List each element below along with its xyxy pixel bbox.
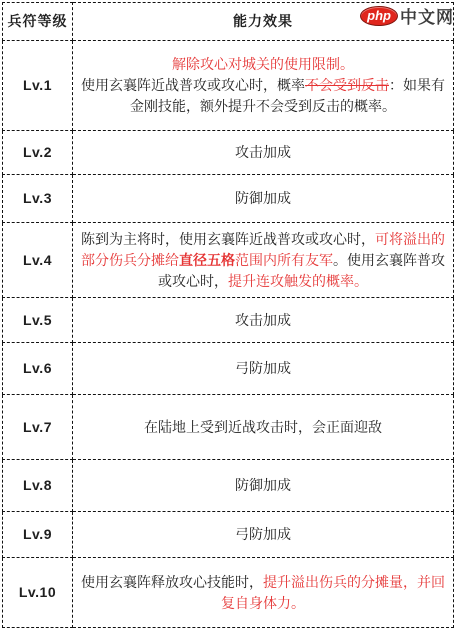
effect-text: 防御加成: [73, 460, 454, 512]
level-label: Lv.7: [3, 395, 73, 460]
effect-text: 防御加成: [73, 175, 454, 223]
effect-text: 弓防加成: [73, 512, 454, 558]
table-row: Lv.2 攻击加成: [3, 131, 454, 175]
effect-text: 在陆地上受到近战攻击时，会正面迎敌: [73, 395, 454, 460]
effect-text: 陈到为主将时，使用玄襄阵近战普攻或攻心时，可将溢出的部分伤兵分摊给直径五格范围内…: [73, 223, 454, 298]
effect-text: 解除攻心对城关的使用限制。 使用玄襄阵近战普攻或攻心时，概率不会受到反击：如果有…: [73, 41, 454, 131]
table-row: Lv.9 弓防加成: [3, 512, 454, 558]
level-label: Lv.1: [3, 41, 73, 131]
effect-text: 弓防加成: [73, 343, 454, 395]
level-label: Lv.9: [3, 512, 73, 558]
effect-segment: 陈到为主将时，使用玄襄阵近战普攻或攻心时，: [81, 231, 375, 247]
table-row: Lv.8 防御加成: [3, 460, 454, 512]
effect-segment: 解除攻心对城关的使用限制。: [77, 54, 449, 75]
level-label: Lv.8: [3, 460, 73, 512]
php-logo-text: 中文网: [400, 3, 454, 28]
ability-table: 兵符等级 能力效果 Lv.1 解除攻心对城关的使用限制。 使用玄襄阵近战普攻或攻…: [2, 2, 454, 628]
level-label: Lv.4: [3, 223, 73, 298]
header-level: 兵符等级: [3, 3, 73, 41]
effect-segment-bold: 直径五格: [179, 252, 235, 268]
level-label: Lv.5: [3, 298, 73, 343]
level-label: Lv.2: [3, 131, 73, 175]
table-row: Lv.7 在陆地上受到近战攻击时，会正面迎敌: [3, 395, 454, 460]
effect-text: 攻击加成: [73, 131, 454, 175]
level-label: Lv.3: [3, 175, 73, 223]
level-label: Lv.10: [3, 558, 73, 628]
effect-text: 使用玄襄阵释放攻心技能时，提升溢出伤兵的分摊量，并回复自身体力。: [73, 558, 454, 628]
table-row: Lv.3 防御加成: [3, 175, 454, 223]
effect-segment: 提升连攻触发的概率。: [228, 273, 368, 289]
effect-segment: 范围内所有友军: [235, 252, 333, 268]
table-row: Lv.1 解除攻心对城关的使用限制。 使用玄襄阵近战普攻或攻心时，概率不会受到反…: [3, 41, 454, 131]
table-row: Lv.6 弓防加成: [3, 343, 454, 395]
php-logo-oval: php: [360, 6, 398, 26]
effect-segment: 使用玄襄阵释放攻心技能时，: [81, 574, 263, 590]
level-label: Lv.6: [3, 343, 73, 395]
effect-segment-strikethrough: 不会受到反击: [305, 77, 389, 93]
table-row: Lv.4 陈到为主将时，使用玄襄阵近战普攻或攻心时，可将溢出的部分伤兵分摊给直径…: [3, 223, 454, 298]
effect-segment: 使用玄襄阵近战普攻或攻心时，概率: [81, 77, 305, 93]
php-watermark-logo: php 中文网: [360, 3, 454, 28]
table-row: Lv.10 使用玄襄阵释放攻心技能时，提升溢出伤兵的分摊量，并回复自身体力。: [3, 558, 454, 628]
table-row: Lv.5 攻击加成: [3, 298, 454, 343]
effect-text: 攻击加成: [73, 298, 454, 343]
